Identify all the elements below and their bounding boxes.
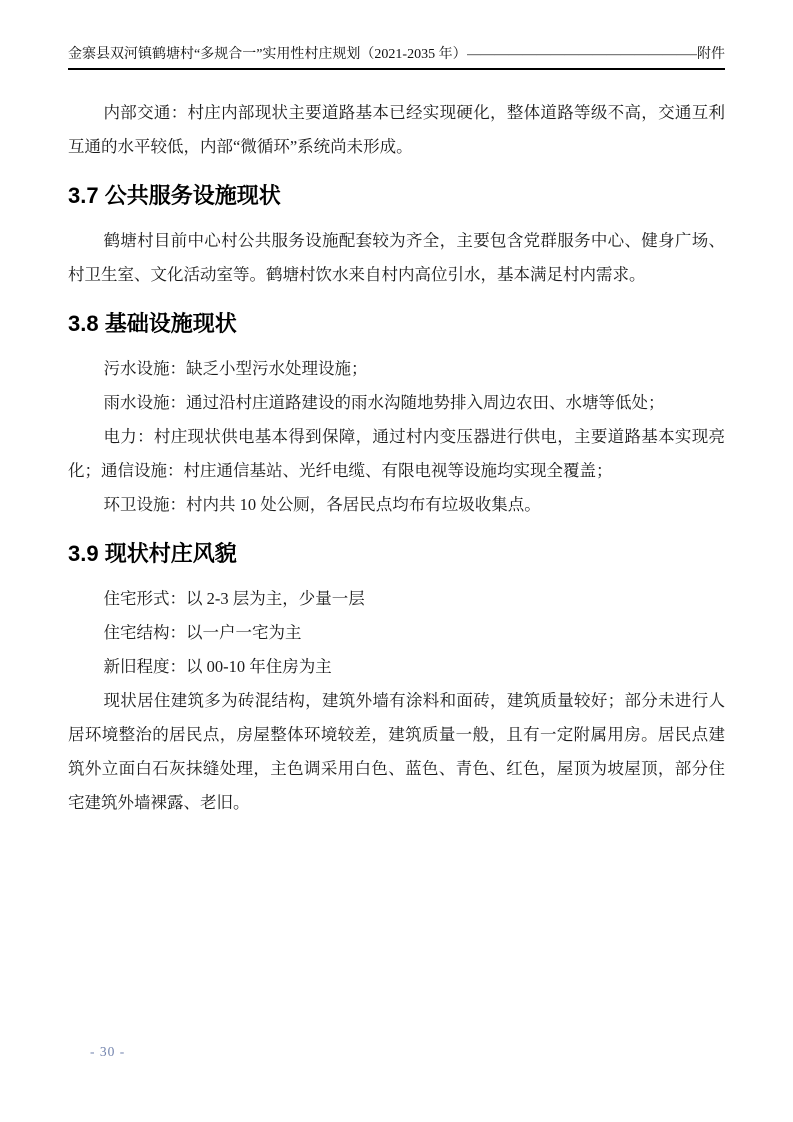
header-suffix-label: 附件 xyxy=(697,45,725,65)
paragraph-sanitation: 环卫设施：村内共 10 处公厕，各居民点均布有垃圾收集点。 xyxy=(68,488,725,522)
document-content: 内部交通：村庄内部现状主要道路基本已经实现硬化，整体道路等级不高，交通互利互通的… xyxy=(68,96,725,820)
paragraph-public-services: 鹤塘村目前中心村公共服务设施配套较为齐全，主要包含党群服务中心、健身广场、村卫生… xyxy=(68,224,725,292)
paragraph-building-appearance: 现状居住建筑多为砖混结构，建筑外墙有涂料和面砖，建筑质量较好；部分未进行人居环境… xyxy=(68,684,725,820)
paragraph-housing-form: 住宅形式：以 2-3 层为主，少量一层 xyxy=(68,582,725,616)
page-number: - 30 - xyxy=(90,1044,125,1060)
paragraph-rainwater: 雨水设施：通过沿村庄道路建设的雨水沟随地势排入周边农田、水塘等低处； xyxy=(68,386,725,420)
document-page: 金寨县双河镇鹤塘村“多规合一”实用性村庄规划（2021-2035 年） ————… xyxy=(0,0,793,1122)
section-3-9: 3.9 现状村庄风貌 住宅形式：以 2-3 层为主，少量一层 住宅结构：以一户一… xyxy=(68,538,725,820)
header-dash-rule: —————————————————————————————— xyxy=(467,45,697,65)
paragraph-housing-age: 新旧程度：以 00-10 年住房为主 xyxy=(68,650,725,684)
page-header: 金寨县双河镇鹤塘村“多规合一”实用性村庄规划（2021-2035 年） ————… xyxy=(68,0,725,70)
section-heading-3-7: 3.7 公共服务设施现状 xyxy=(68,180,725,212)
paragraph-housing-structure: 住宅结构：以一户一宅为主 xyxy=(68,616,725,650)
section-3-8: 3.8 基础设施现状 污水设施：缺乏小型污水处理设施； 雨水设施：通过沿村庄道路… xyxy=(68,308,725,522)
paragraph-internal-traffic: 内部交通：村庄内部现状主要道路基本已经实现硬化，整体道路等级不高，交通互利互通的… xyxy=(68,96,725,164)
section-3-7: 3.7 公共服务设施现状 鹤塘村目前中心村公共服务设施配套较为齐全，主要包含党群… xyxy=(68,180,725,292)
section-heading-3-9: 3.9 现状村庄风貌 xyxy=(68,538,725,570)
paragraph-sewage: 污水设施：缺乏小型污水处理设施； xyxy=(68,352,725,386)
paragraph-power-telecom: 电力：村庄现状供电基本得到保障，通过村内变压器进行供电，主要道路基本实现亮化；通… xyxy=(68,420,725,488)
header-title: 金寨县双河镇鹤塘村“多规合一”实用性村庄规划（2021-2035 年） xyxy=(68,45,467,65)
section-heading-3-8: 3.8 基础设施现状 xyxy=(68,308,725,340)
